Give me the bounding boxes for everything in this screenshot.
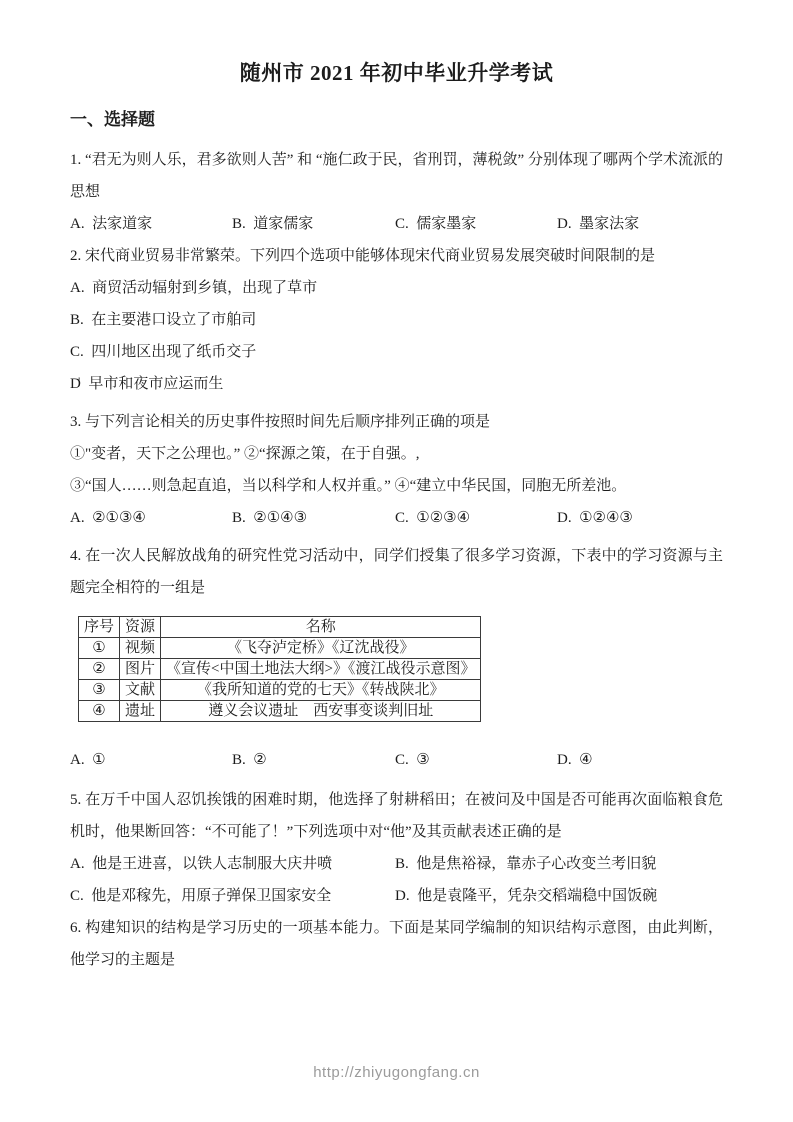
question-1-option-b: B. 道家儒家 [232,208,395,240]
question-1-option-d: D. 墨家法家 [557,208,723,240]
question-3: 3. 与下列言论相关的历史事件按照时间先后顺序排列正确的项是 ①"变者，天下之公… [70,406,723,534]
question-2-option-d: D 早市和夜市应运而生 [70,368,723,400]
table-cell: 《我所知道的党的七天》《转战陕北》 [161,680,481,701]
question-2-option-c: C. 四川地区出现了纸币交子 [70,336,723,368]
question-5-options-row-1: A. 他是王进喜，以铁人志制服大庆井喷 B. 他是焦裕禄，靠赤子心改变兰考旧貌 [70,848,723,880]
exam-page: 随州市 2021 年初中毕业升学考试 一、选择题 1. “君无为则人乐，君多欲则… [0,0,793,1122]
table-cell: 图片 [120,659,161,680]
question-2: 2. 宋代商业贸易非常繁荣。下列四个选项中能够体现宋代商业贸易发展突破时间限制的… [70,240,723,400]
table-cell: 遗址 [120,701,161,722]
table-cell: 视频 [120,638,161,659]
table-col-header-name: 名称 [161,617,481,638]
question-2-option-a: A. 商贸活动辐射到乡镇，出现了草市 [70,272,723,304]
table-cell: ④ [79,701,120,722]
table-cell: ③ [79,680,120,701]
question-3-quote-line-2: ③“国人……则急起直追，当以科学和人权并重。” ④“建立中华民国，同胞无所差池。 [70,470,723,502]
question-3-options: A. ②①③④ B. ②①④③ C. ①②③④ D. ①②④③ [70,502,723,534]
table-col-header-number: 序号 [79,617,120,638]
question-4-options: A. ① B. ② C. ③ D. ④ [70,744,723,776]
question-4-option-a: A. ① [70,744,232,776]
question-5: 5. 在万千中国人忍饥挨饿的困难时期，他选择了射耕稻田；在被问及中国是否可能再次… [70,784,723,912]
question-1-options: A. 法家道家 B. 道家儒家 C. 儒家墨家 D. 墨家法家 [70,208,723,240]
question-5-options-row-2: C. 他是邓稼先，用原子弹保卫国家安全 D. 他是袁隆平，凭杂交稻端稳中国饭碗 [70,880,723,912]
question-1-stem: 1. “君无为则人乐，君多欲则人苦” 和 “施仁政于民，省刑罚，薄税敛” 分别体… [70,144,723,208]
question-5-option-c: C. 他是邓稼先，用原子弹保卫国家安全 [70,880,395,912]
table-row: ③ 文献 《我所知道的党的七天》《转战陕北》 [79,680,481,701]
table-cell: ① [79,638,120,659]
question-4-option-c: C. ③ [395,744,557,776]
table-row: ④ 遗址 遵义会议遗址 西安事变谈判旧址 [79,701,481,722]
question-5-option-b: B. 他是焦裕禄，靠赤子心改变兰考旧貌 [395,848,723,880]
question-3-option-a: A. ②①③④ [70,502,232,534]
question-3-option-c: C. ①②③④ [395,502,557,534]
question-4-option-d: D. ④ [557,744,723,776]
question-5-option-d: D. 他是袁隆平，凭杂交稻端稳中国饭碗 [395,880,723,912]
resources-table: 序号 资源 名称 ① 视频 《飞夺泸定桥》《辽沈战役》 ② 图片 《宣传<中国土… [78,616,481,722]
question-5-option-a: A. 他是王进喜，以铁人志制服大庆井喷 [70,848,395,880]
question-3-option-d: D. ①②④③ [557,502,723,534]
question-6-stem: 6. 构建知识的结构是学习历史的一项基本能力。下面是某同学编制的知识结构示意图，… [70,912,723,976]
question-3-option-b: B. ②①④③ [232,502,395,534]
table-cell: 《宣传<中国土地法大纲>》《渡江战役示意图》 [161,659,481,680]
question-1-option-c: C. 儒家墨家 [395,208,557,240]
section-heading: 一、选择题 [70,106,723,134]
question-5-stem: 5. 在万千中国人忍饥挨饿的困难时期，他选择了射耕稻田；在被问及中国是否可能再次… [70,784,723,848]
table-cell: ② [79,659,120,680]
question-2-option-b: B. 在主要港口设立了市舶司 [70,304,723,336]
question-4-stem: 4. 在一次人民解放战角的研究性党习活动中，同学们授集了很多学习资源，下表中的学… [70,540,723,604]
table-row: ② 图片 《宣传<中国土地法大纲>》《渡江战役示意图》 [79,659,481,680]
table-cell: 文献 [120,680,161,701]
stray-mark: ' [78,374,80,390]
exam-content: 随州市 2021 年初中毕业升学考试 一、选择题 1. “君无为则人乐，君多欲则… [70,0,723,976]
table-row: ① 视频 《飞夺泸定桥》《辽沈战役》 [79,638,481,659]
question-4: 4. 在一次人民解放战角的研究性党习活动中，同学们授集了很多学习资源，下表中的学… [70,540,723,776]
question-6: 6. 构建知识的结构是学习历史的一项基本能力。下面是某同学编制的知识结构示意图，… [70,912,723,976]
table-col-header-resource: 资源 [120,617,161,638]
footer-url: http://zhiyugongfang.cn [0,1064,793,1081]
page-title: 随州市 2021 年初中毕业升学考试 [70,58,723,88]
question-1-option-a: A. 法家道家 [70,208,232,240]
table-cell: 《飞夺泸定桥》《辽沈战役》 [161,638,481,659]
question-3-quote-line-1: ①"变者，天下之公理也。” ②“探源之策，在于自强。, [70,438,723,470]
question-1: 1. “君无为则人乐，君多欲则人苦” 和 “施仁政于民，省刑罚，薄税敛” 分别体… [70,144,723,240]
table-header-row: 序号 资源 名称 [79,617,481,638]
table-cell: 遵义会议遗址 西安事变谈判旧址 [161,701,481,722]
question-3-stem: 3. 与下列言论相关的历史事件按照时间先后顺序排列正确的项是 [70,406,723,438]
question-4-option-b: B. ② [232,744,395,776]
question-2-stem: 2. 宋代商业贸易非常繁荣。下列四个选项中能够体现宋代商业贸易发展突破时间限制的… [70,240,723,272]
